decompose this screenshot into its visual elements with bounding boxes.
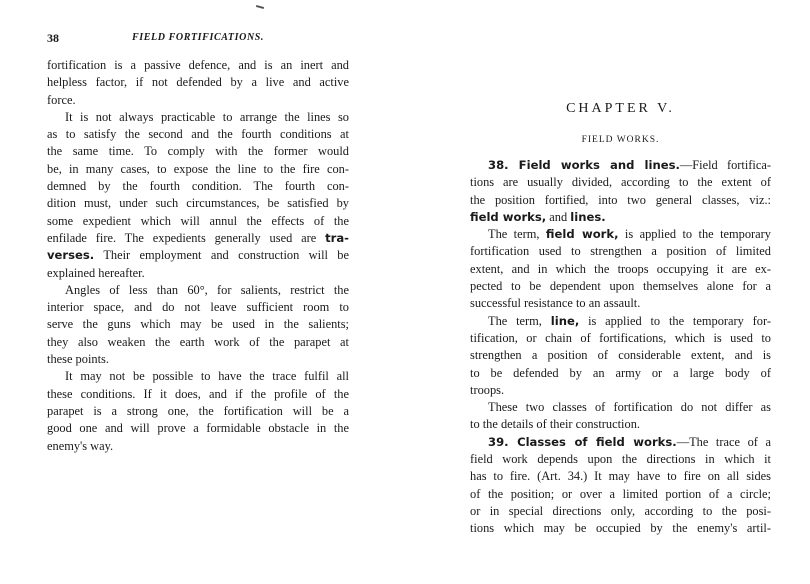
line-text: of the position; or over a limited porti…: [470, 487, 771, 501]
line-text: fortification is a passive defence, and …: [47, 58, 349, 72]
line-text: dition must, under such circumstances, b…: [47, 196, 349, 210]
text-line: 39. Classes of field works.—The trace of…: [470, 434, 771, 451]
right-page-body: 38. Field works and lines.—Field fortifi…: [470, 157, 771, 538]
text-line: good one and will prove a formidable obs…: [47, 420, 349, 437]
line-text: extent, and in which the troops occupyin…: [470, 262, 771, 276]
text-line: or in special directions only, according…: [470, 503, 771, 520]
text-line: to be defended by an army or a large bod…: [470, 365, 771, 382]
text-line: parapet is a strong one, the fortificati…: [47, 403, 349, 420]
line-text: interior space, and do not leave suffici…: [47, 300, 349, 314]
text-line: of the position; or over a limited porti…: [470, 486, 771, 503]
text-line: these conditions. If it does, and if the…: [47, 386, 349, 403]
bold-term: lines.: [570, 210, 605, 224]
text-line: 38. Field works and lines.—Field fortifi…: [470, 157, 771, 174]
bold-term: field work,: [546, 227, 619, 241]
text-line: field works, and lines.: [470, 209, 771, 226]
text-line: some expedient which will annul the effe…: [47, 213, 349, 230]
line-text: The term,: [488, 314, 551, 328]
line-text: troops.: [470, 383, 504, 397]
line-text: enfilade fire. The expedients generally …: [47, 231, 325, 245]
line-text: these points.: [47, 352, 109, 366]
line-text: to be defended by an army or a large bod…: [470, 366, 771, 380]
chapter-subtitle: FIELD WORKS.: [470, 135, 771, 145]
line-text: pected to be dependent upon themselves a…: [470, 279, 771, 293]
line-text: The term,: [488, 227, 546, 241]
line-text: these conditions. If it does, and if the…: [47, 387, 349, 401]
text-line: tions are usually divided, according to …: [470, 174, 771, 191]
line-text: helpless factor, if not defended by a li…: [47, 75, 349, 89]
line-text: strengthen a position of considerable ex…: [470, 348, 771, 362]
text-line: It is not always practicable to arrange …: [47, 109, 349, 126]
text-line: fortification used to strengthen a posit…: [470, 243, 771, 260]
text-line: These two classes of fortification do no…: [470, 399, 771, 416]
scan-mark: [256, 5, 264, 9]
line-text: It may not be possible to have the trace…: [65, 369, 349, 383]
line-text: It is not always practicable to arrange …: [65, 110, 349, 124]
text-line: has to fire. (Art. 34.) It may have to f…: [470, 468, 771, 485]
text-line: to the details of their construction.: [470, 416, 771, 433]
line-text: they also weaken the earth work of the p…: [47, 335, 349, 349]
line-text: field work depends upon the directions i…: [470, 452, 771, 466]
line-text: serve the guns which may be used in the …: [47, 317, 349, 331]
bold-term: field works,: [470, 210, 546, 224]
running-head-title: FIELD FORTIFICATIONS.: [47, 32, 349, 43]
text-line: interior space, and do not leave suffici…: [47, 299, 349, 316]
text-line: be, in many cases, to expose the line to…: [47, 161, 349, 178]
running-head: 38 FIELD FORTIFICATIONS.: [47, 31, 349, 47]
line-text: tions are usually divided, according to …: [470, 175, 771, 189]
text-line: extent, and in which the troops occupyin…: [470, 261, 771, 278]
bold-term: 38. Field works and lines.: [488, 158, 680, 172]
line-text: is applied to the temporary for-: [579, 314, 771, 328]
line-text: the same time. To comply with the former…: [47, 144, 349, 158]
text-line: explained hereafter.: [47, 265, 349, 282]
text-line: tions which may be occupied by the enemy…: [470, 520, 771, 537]
line-text: to the details of their construction.: [470, 417, 640, 431]
text-line: as to satisfy the second and the fourth …: [47, 126, 349, 143]
text-line: It may not be possible to have the trace…: [47, 368, 349, 385]
text-line: enemy's way.: [47, 438, 349, 455]
line-text: good one and will prove a formidable obs…: [47, 421, 349, 435]
text-line: Angles of less than 60°, for salients, r…: [47, 282, 349, 299]
text-line: the same time. To comply with the former…: [47, 143, 349, 160]
text-line: demned by the fourth condition. The four…: [47, 178, 349, 195]
text-line: force.: [47, 92, 349, 109]
text-line: enfilade fire. The expedients generally …: [47, 230, 349, 247]
line-text: some expedient which will annul the effe…: [47, 214, 349, 228]
text-line: strengthen a position of considerable ex…: [470, 347, 771, 364]
line-text: explained hereafter.: [47, 266, 145, 280]
text-line: helpless factor, if not defended by a li…: [47, 74, 349, 91]
text-line: serve the guns which may be used in the …: [47, 316, 349, 333]
text-line: The term, field work, is applied to the …: [470, 226, 771, 243]
line-text: These two classes of fortification do no…: [488, 400, 771, 414]
line-text: enemy's way.: [47, 439, 113, 453]
bold-term: tra-: [325, 231, 349, 245]
line-text: the position fortified, into two general…: [470, 193, 771, 207]
line-text: be, in many cases, to expose the line to…: [47, 162, 349, 176]
left-page: 38 FIELD FORTIFICATIONS. fortification i…: [0, 0, 405, 584]
text-line: tification, or chain of fortifications, …: [470, 330, 771, 347]
line-text: —Field fortifica-: [680, 158, 771, 172]
left-page-body: fortification is a passive defence, and …: [47, 57, 349, 455]
chapter-heading: CHAPTER V.: [470, 101, 771, 117]
line-text: has to fire. (Art. 34.) It may have to f…: [470, 469, 771, 483]
line-text: or in special directions only, according…: [470, 504, 771, 518]
text-line: the position fortified, into two general…: [470, 192, 771, 209]
bold-term: verses.: [47, 248, 94, 262]
text-line: fortification is a passive defence, and …: [47, 57, 349, 74]
line-text: tification, or chain of fortifications, …: [470, 331, 771, 345]
text-line: successful resistance to an assault.: [470, 295, 771, 312]
line-text: —The trace of a: [677, 435, 771, 449]
text-line: they also weaken the earth work of the p…: [47, 334, 349, 351]
text-line: verses. Their employment and constructio…: [47, 247, 349, 264]
line-text: and: [546, 210, 570, 224]
text-line: these points.: [47, 351, 349, 368]
line-text: demned by the fourth condition. The four…: [47, 179, 349, 193]
line-text: as to satisfy the second and the fourth …: [47, 127, 349, 141]
line-text: parapet is a strong one, the fortificati…: [47, 404, 349, 418]
text-line: dition must, under such circumstances, b…: [47, 195, 349, 212]
line-text: tions which may be occupied by the enemy…: [470, 521, 771, 535]
text-line: troops.: [470, 382, 771, 399]
line-text: fortification used to strengthen a posit…: [470, 244, 771, 258]
line-text: successful resistance to an assault.: [470, 296, 640, 310]
bold-term: 39. Classes of field works.: [488, 435, 677, 449]
text-line: The term, line, is applied to the tempor…: [470, 313, 771, 330]
text-line: field work depends upon the directions i…: [470, 451, 771, 468]
line-text: force.: [47, 93, 76, 107]
line-text: is applied to the temporary: [619, 227, 772, 241]
line-text: Angles of less than 60°, for salients, r…: [65, 283, 349, 297]
bold-term: line,: [551, 314, 579, 328]
line-text: Their employment and construction will b…: [94, 248, 349, 262]
text-line: pected to be dependent upon themselves a…: [470, 278, 771, 295]
